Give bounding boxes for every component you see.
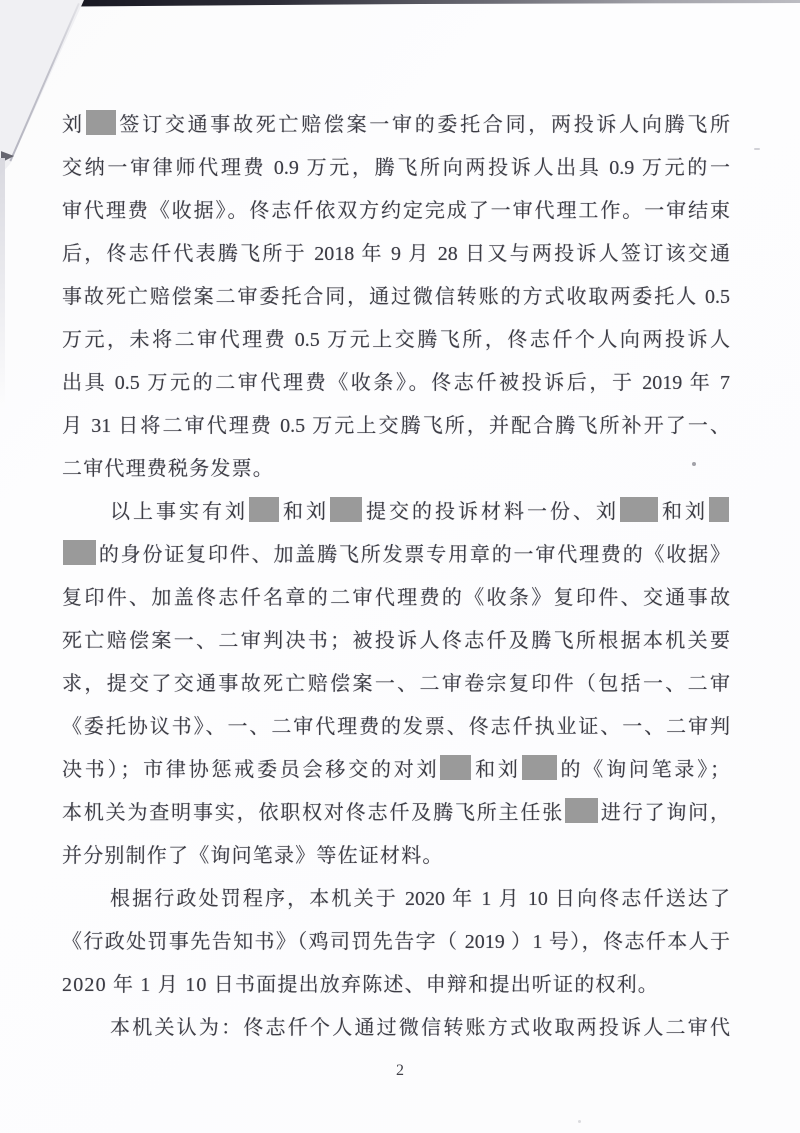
paragraph-3: 根据行政处罚程序，本机关于 2020 年 1 月 10 日向佟志仟送达了《行政处… xyxy=(62,878,730,1007)
text-segment: 和刘 xyxy=(659,501,708,523)
text-segment: 提交的投诉材料一份、刘 xyxy=(363,501,619,523)
text-segment: 万元，未将二审代理费 0.5 万元上交腾飞所，佟志仟个人向两投诉人 xyxy=(62,329,730,351)
text-line: 月 31 日将二审代理费 0.5 万元上交腾飞所，并配合腾飞所补开了一、 xyxy=(62,405,730,448)
text-segment: 本机关为查明事实，依职权对佟志仟及腾飞所主任张 xyxy=(62,802,564,824)
text-line: 《行政处罚事先告知书》（鸡司罚先告字（ 2019 ）1 号），佟志仟本人于 xyxy=(62,921,730,964)
text-segment: 出具 0.5 万元的二审代理费《收条》。佟志仟被投诉后，于 2019 年 7 xyxy=(62,372,730,394)
page-number: 2 xyxy=(0,1062,800,1080)
document-text-block: 刘签订交通事故死亡赔偿案一审的委托合同，两投诉人向腾飞所交纳一审律师代理费 0.… xyxy=(62,104,730,1050)
text-line: 交纳一审律师代理费 0.9 万元，腾飞所向两投诉人出具 0.9 万元的一 xyxy=(62,147,730,190)
text-segment: 的身份证复印件、加盖腾飞所发票专用章的一审代理费的《收据》 xyxy=(97,544,730,566)
redaction-box xyxy=(620,497,658,522)
redaction-box xyxy=(565,798,598,823)
scanned-document-page: 刘签订交通事故死亡赔偿案一审的委托合同，两投诉人向腾飞所交纳一审律师代理费 0.… xyxy=(0,0,800,1133)
text-segment: 和刘 xyxy=(472,759,520,781)
text-segment: 后，佟志仟代表腾飞所于 2018 年 9 月 28 日又与两投诉人签订该交通 xyxy=(62,243,730,265)
paragraph-4: 本机关认为：佟志仟个人通过微信转账方式收取两投诉人二审代 xyxy=(62,1007,730,1050)
text-segment: 并分别制作了《询问笔录》等佐证材料。 xyxy=(62,845,444,867)
text-segment: 刘 xyxy=(62,114,85,136)
text-segment: 和刘 xyxy=(280,501,329,523)
redaction-box xyxy=(86,110,116,135)
text-segment: 以上事实有刘 xyxy=(110,501,248,523)
text-segment: 审代理费《收据》。佟志仟依双方约定完成了一审代理工作。一审结束 xyxy=(62,200,730,222)
text-line: 事故死亡赔偿案二审委托合同，通过微信转账的方式收取两委托人 0.5 xyxy=(62,276,730,319)
text-segment: 交纳一审律师代理费 0.9 万元，腾飞所向两投诉人出具 0.9 万元的一 xyxy=(62,157,730,179)
text-line: 出具 0.5 万元的二审代理费《收条》。佟志仟被投诉后，于 2019 年 7 xyxy=(62,362,730,405)
text-line: 2020 年 1 月 10 日书面提出放弃陈述、申辩和提出听证的权利。 xyxy=(62,964,730,1007)
text-segment: 《委托协议书》、一、二审代理费的发票、佟志仟执业证、一、二审判 xyxy=(62,716,730,738)
text-segment: 的《询问笔录》； xyxy=(558,759,730,781)
text-line: 审代理费《收据》。佟志仟依双方约定完成了一审代理工作。一审结束 xyxy=(62,190,730,233)
text-line: 以上事实有刘和刘提交的投诉材料一份、刘和刘 xyxy=(62,491,730,534)
text-line: 本机关认为：佟志仟个人通过微信转账方式收取两投诉人二审代 xyxy=(62,1007,730,1050)
redaction-box xyxy=(709,497,729,522)
paragraph-2: 以上事实有刘和刘提交的投诉材料一份、刘和刘的身份证复印件、加盖腾飞所发票专用章的… xyxy=(62,491,730,878)
redaction-box xyxy=(63,540,96,565)
text-segment: 复印件、加盖佟志仟名章的二审代理费的《收条》复印件、交通事故 xyxy=(62,587,730,609)
paragraph-1: 刘签订交通事故死亡赔偿案一审的委托合同，两投诉人向腾飞所交纳一审律师代理费 0.… xyxy=(62,104,730,491)
text-line: 复印件、加盖佟志仟名章的二审代理费的《收条》复印件、交通事故 xyxy=(62,577,730,620)
text-line: 《委托协议书》、一、二审代理费的发票、佟志仟执业证、一、二审判 xyxy=(62,706,730,749)
redaction-box xyxy=(522,755,557,780)
text-line: 的身份证复印件、加盖腾飞所发票专用章的一审代理费的《收据》 xyxy=(62,534,730,577)
scan-speck xyxy=(578,1120,581,1123)
text-line: 万元，未将二审代理费 0.5 万元上交腾飞所，佟志仟个人向两投诉人 xyxy=(62,319,730,362)
text-segment: 《行政处罚事先告知书》（鸡司罚先告字（ 2019 ）1 号），佟志仟本人于 xyxy=(62,931,730,953)
text-segment: 二审代理费税务发票。 xyxy=(62,458,274,480)
text-segment: 本机关认为：佟志仟个人通过微信转账方式收取两投诉人二审代 xyxy=(110,1017,730,1039)
text-segment: 进行了询问， xyxy=(599,802,730,824)
text-line: 决书）；市律协惩戒委员会移交的对刘和刘的《询问笔录》； xyxy=(62,749,730,792)
left-edge-shadow xyxy=(0,158,5,408)
text-segment: 根据行政处罚程序，本机关于 2020 年 1 月 10 日向佟志仟送达了 xyxy=(110,888,730,910)
text-line: 二审代理费税务发票。 xyxy=(62,448,730,491)
text-segment: 签订交通事故死亡赔偿案一审的委托合同，两投诉人向腾飞所 xyxy=(117,114,730,136)
redaction-box xyxy=(440,755,471,780)
text-segment: 2020 年 1 月 10 日书面提出放弃陈述、申辩和提出听证的权利。 xyxy=(62,974,659,996)
text-line: 根据行政处罚程序，本机关于 2020 年 1 月 10 日向佟志仟送达了 xyxy=(62,878,730,921)
text-line: 刘签订交通事故死亡赔偿案一审的委托合同，两投诉人向腾飞所 xyxy=(62,104,730,147)
text-line: 死亡赔偿案一、二审判决书；被投诉人佟志仟及腾飞所根据本机关要 xyxy=(62,620,730,663)
text-line: 并分别制作了《询问笔录》等佐证材料。 xyxy=(62,835,730,878)
text-line: 求，提交了交通事故死亡赔偿案一、二审卷宗复印件（包括一、二审 xyxy=(62,663,730,706)
redaction-box xyxy=(330,497,362,522)
text-line: 后，佟志仟代表腾飞所于 2018 年 9 月 28 日又与两投诉人签订该交通 xyxy=(62,233,730,276)
redaction-box xyxy=(249,497,279,522)
scan-speck xyxy=(754,148,760,150)
text-segment: 月 31 日将二审代理费 0.5 万元上交腾飞所，并配合腾飞所补开了一、 xyxy=(62,415,730,437)
text-segment: 死亡赔偿案一、二审判决书；被投诉人佟志仟及腾飞所根据本机关要 xyxy=(62,630,730,652)
text-segment: 求，提交了交通事故死亡赔偿案一、二审卷宗复印件（包括一、二审 xyxy=(62,673,730,695)
text-segment: 决书）；市律协惩戒委员会移交的对刘 xyxy=(62,759,439,781)
text-segment: 事故死亡赔偿案二审委托合同，通过微信转账的方式收取两委托人 0.5 xyxy=(62,286,730,308)
scanner-edge-artifact xyxy=(0,0,800,8)
text-line: 本机关为查明事实，依职权对佟志仟及腾飞所主任张进行了询问， xyxy=(62,792,730,835)
